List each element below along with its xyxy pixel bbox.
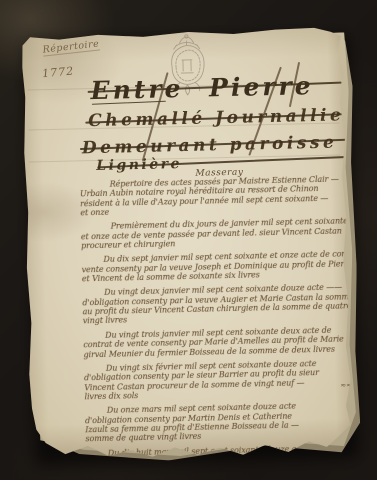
paragraph: Du onze mars mil sept cent soixante douz… (85, 400, 358, 444)
paragraph: Répertoire des actes passés par Maistre … (80, 174, 353, 218)
paragraph: Premièrement du dix jours de janvier mil… (81, 217, 354, 251)
paper-hole (338, 28, 341, 31)
document-sheet-stack: Répertoire 1772 Entre Pierre Chemallé Jo… (0, 0, 377, 480)
paragraph: Du vingt six février mil sept cent soixa… (84, 358, 357, 402)
manuscript-body: Répertoire des actes passés par Maistre … (80, 174, 359, 472)
margin-note-year: 1772 (42, 64, 75, 80)
paragraph: Du vingt trois janvier mil sept cent soi… (83, 325, 356, 359)
photo-background: Répertoire 1772 Entre Pierre Chemallé Jo… (0, 0, 377, 480)
paragraph: Du vingt deux janvier mil sept cent soix… (82, 283, 355, 327)
manuscript-page: Répertoire 1772 Entre Pierre Chemallé Jo… (20, 26, 353, 459)
margin-note-repertoire: Répertoire (42, 38, 100, 56)
paragraph: Du dix sept janvier mil sept cent soixan… (81, 250, 354, 284)
